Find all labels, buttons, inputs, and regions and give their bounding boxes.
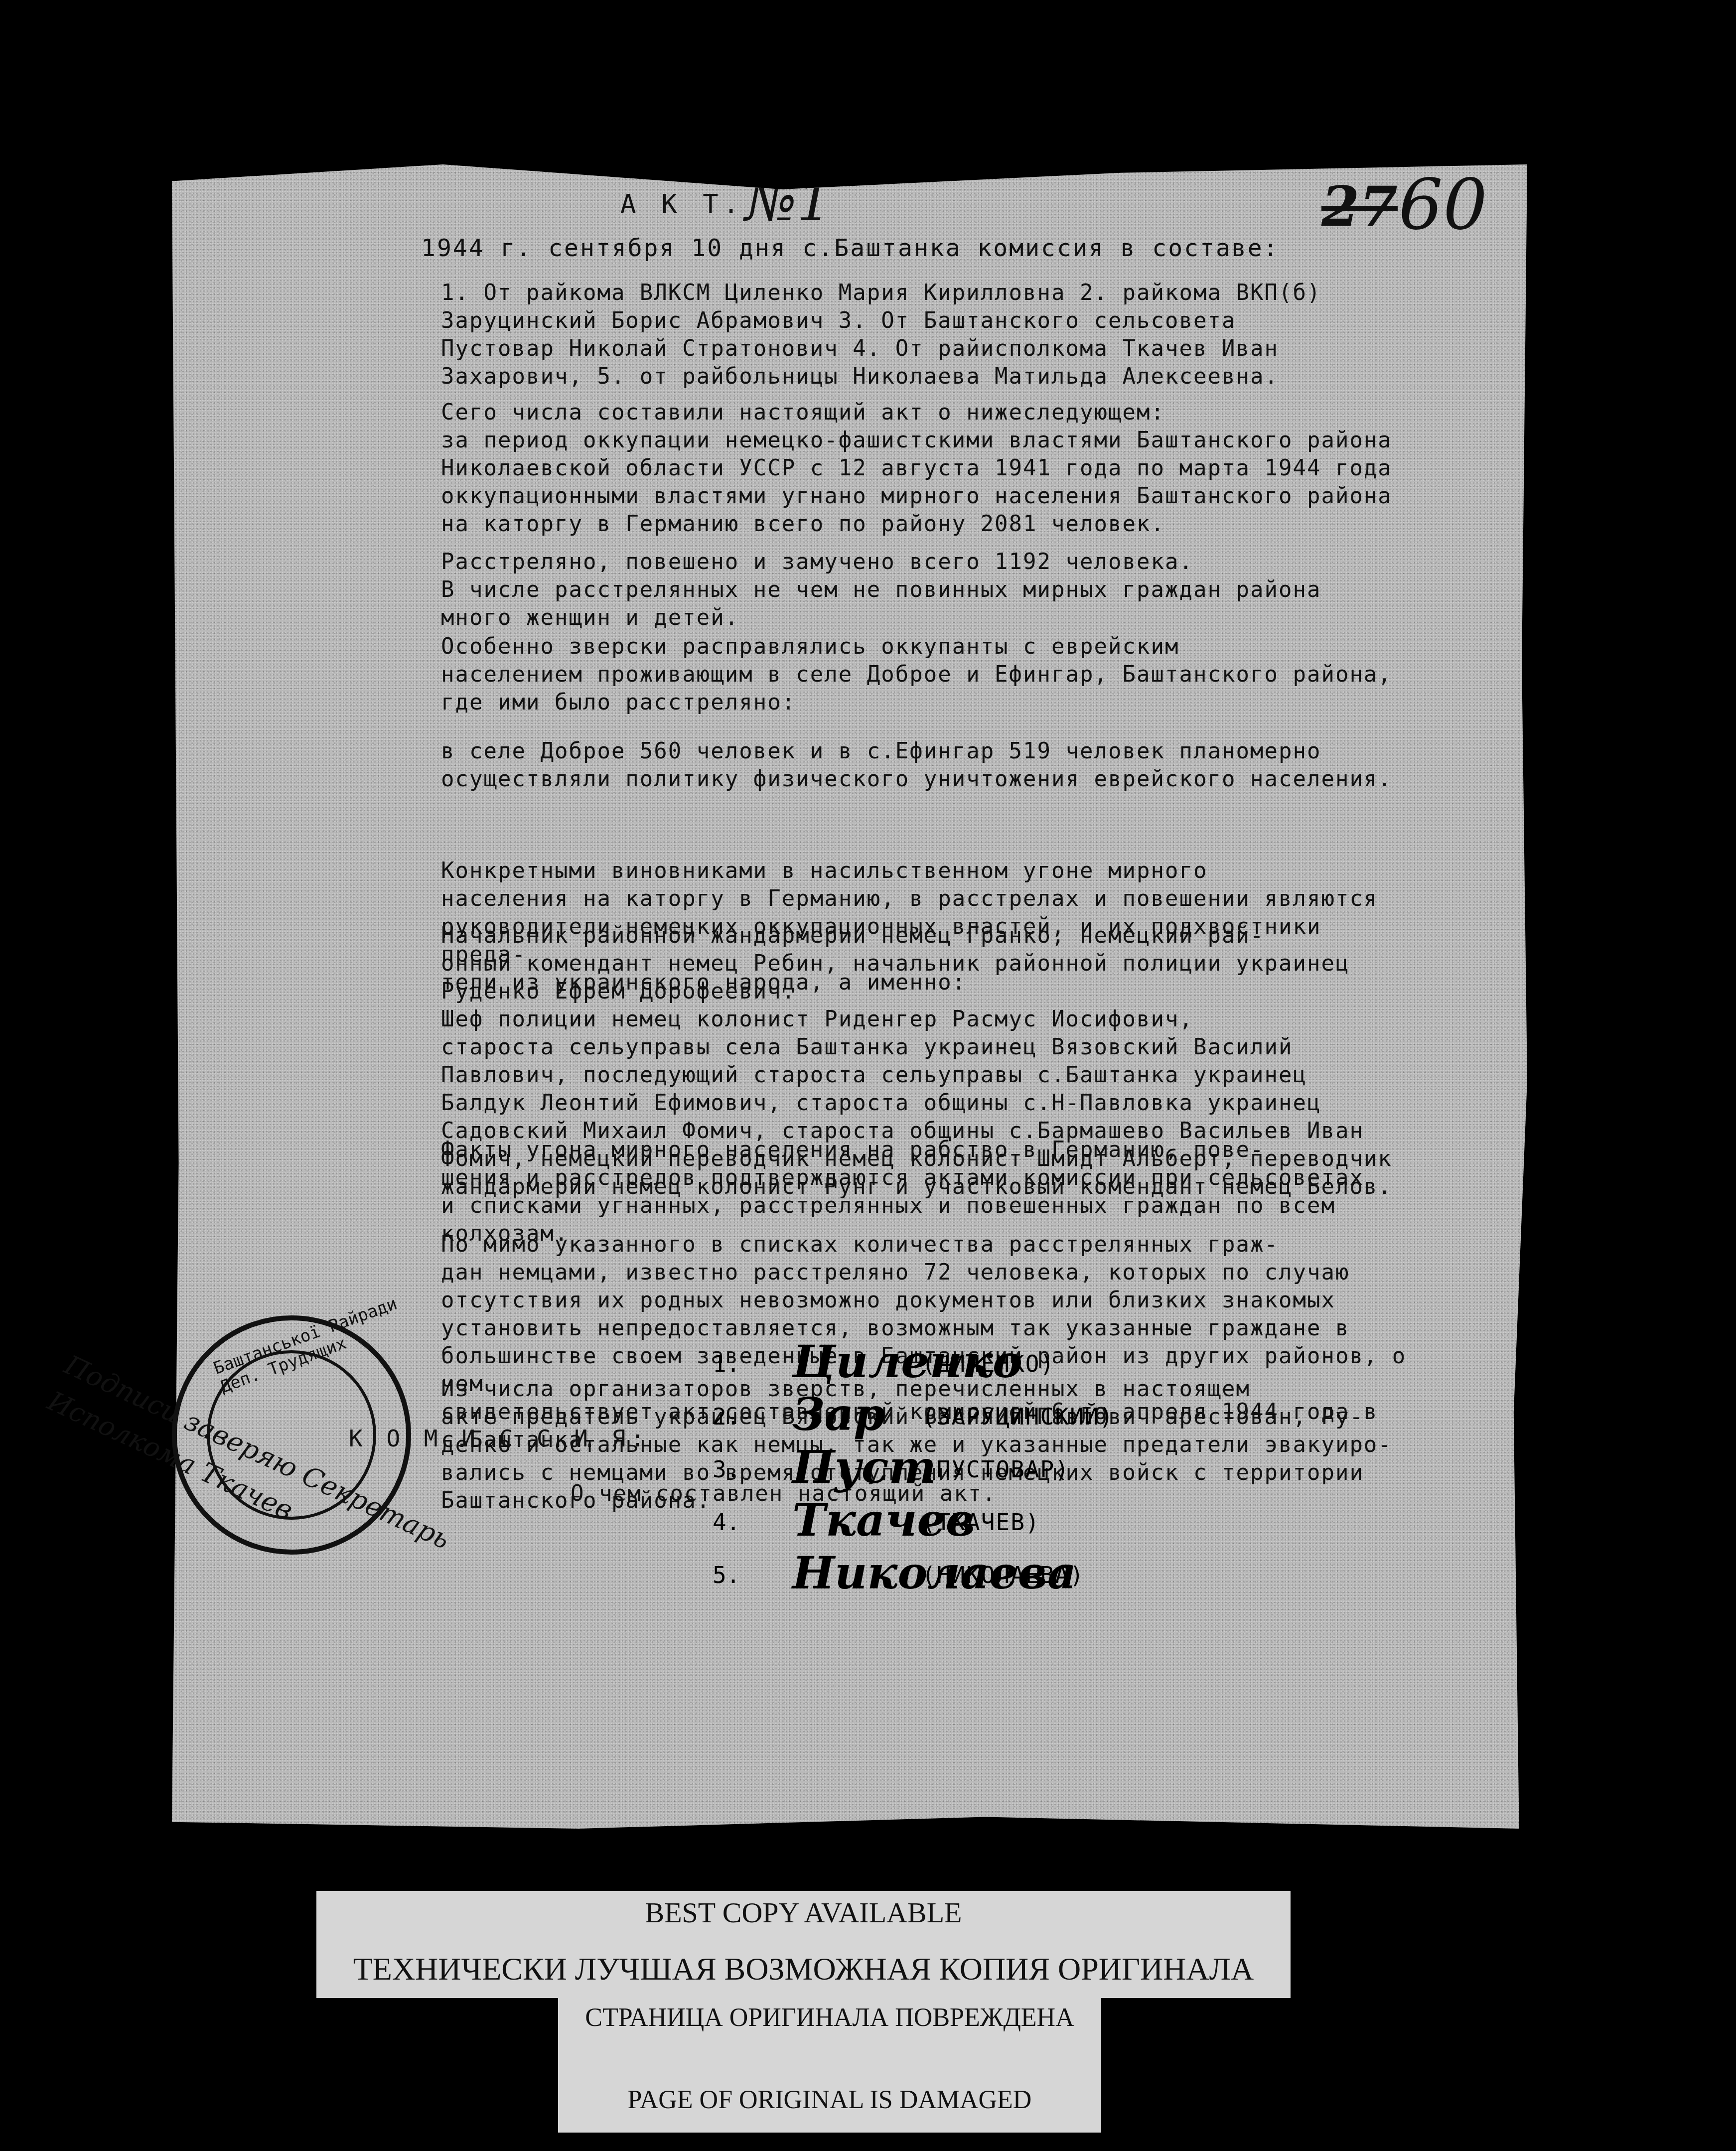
date-line: 1944 г. сентября 10 дня с.Баштанка комис… bbox=[421, 234, 1280, 262]
damaged-page-label: СТРАНИЦА ОРИГИНАЛА ПОВРЕЖДЕНА PAGE OF OR… bbox=[558, 1998, 1101, 2133]
signatory-name: (ПУСТОВАР) bbox=[922, 1456, 1070, 1483]
signature: Зар bbox=[792, 1388, 885, 1441]
best-copy-en: BEST COPY AVAILABLE bbox=[316, 1896, 1291, 1929]
paragraph-executions: Расстреляно, повешено и замучено всего 1… bbox=[441, 548, 1418, 632]
signatory-name: (ЦИЛЕНКО) bbox=[922, 1350, 1055, 1377]
paragraph-jewish-population: Особенно зверски расправлялись оккупанты… bbox=[441, 633, 1418, 717]
paragraph-commission-members: 1. От райкома ВЛКСМ Циленко Мария Кирилл… bbox=[441, 279, 1408, 391]
page-number: 60 bbox=[1399, 164, 1487, 246]
damaged-ru: СТРАНИЦА ОРИГИНАЛА ПОВРЕЖДЕНА bbox=[558, 2003, 1101, 2032]
signatory-name: (НИКОЛАЕВА) bbox=[922, 1562, 1085, 1588]
paragraph-deportations: Сего числа составили настоящий акт о ниж… bbox=[441, 399, 1418, 538]
signature: Пуст bbox=[792, 1441, 936, 1494]
best-copy-label: BEST COPY AVAILABLE ТЕХНИЧЕСКИ ЛУЧШАЯ ВО… bbox=[316, 1891, 1291, 1998]
document-title: А К Т. bbox=[620, 189, 744, 219]
commission-label: К О М И С С И Я: bbox=[349, 1425, 649, 1452]
document-number: №1 bbox=[745, 169, 832, 233]
paragraph-village-counts: в селе Доброе 560 человек и в с.Ефингар … bbox=[441, 737, 1418, 793]
crossed-page-number: 27 bbox=[1321, 174, 1398, 239]
damaged-en: PAGE OF ORIGINAL IS DAMAGED bbox=[558, 2085, 1101, 2115]
best-copy-ru: ТЕХНИЧЕСКИ ЛУЧШАЯ ВОЗМОЖНАЯ КОПИЯ ОРИГИН… bbox=[316, 1951, 1291, 1988]
signatory-name: (ЗАРУЦИНСКИЙ) bbox=[922, 1403, 1114, 1430]
paragraph-closing: О чем составлен настоящий акт. bbox=[571, 1480, 1418, 1508]
signatory-name: (ТКАЧЕВ) bbox=[922, 1509, 1040, 1536]
